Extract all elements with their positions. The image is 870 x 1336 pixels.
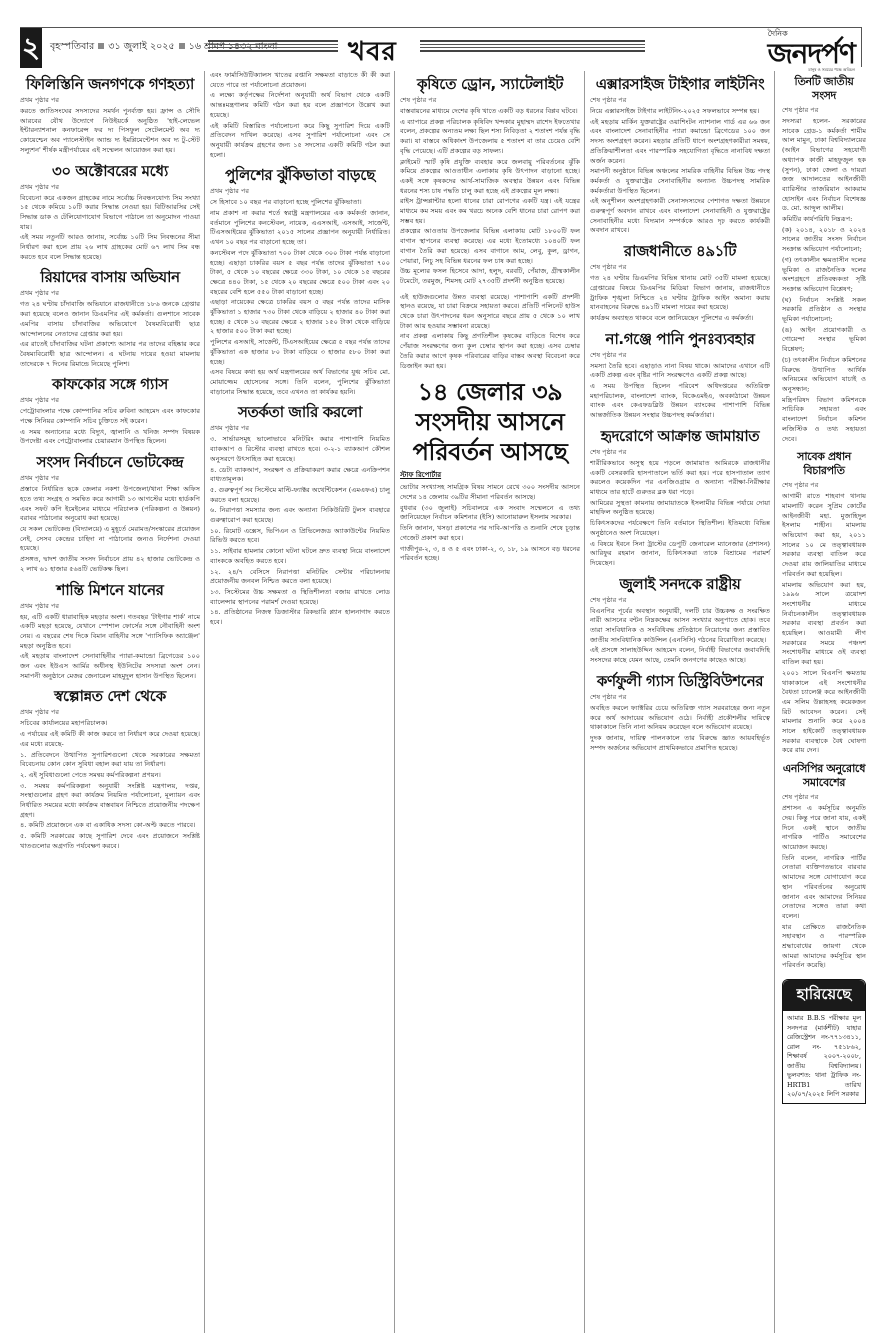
lost-notice-box: হারিয়েছে আমার B.B.S পরীক্ষার মূল সনদপত্… [782,979,866,1104]
headline: পুলিশের ঝুঁকিভাতা বাড়ছে [210,166,390,184]
article-former-cj: সাবেক প্রধান বিচারপতি শেষ পৃষ্ঠার পর আগা… [782,450,866,756]
article-body: প্রশাসন এ কর্মসূচির অনুমতি দেয়। কিন্তু … [782,804,866,971]
continuation-note: শেষ পৃষ্ঠার পর [782,480,866,491]
article-body: বাস্তবায়নের মাধ্যমে দেশের কৃষি খাতে একট… [400,107,580,287]
column-1: ফিলিস্তিনি জনগণকে গণহত্যা প্রথম পৃষ্ঠার … [20,71,205,1333]
article-body: এবং ফার্মাসিউটিক্যালস খাতের রপ্তানি সক্ষ… [210,71,390,160]
article-body: প্রস্তাবে নির্ধারিত ছকে জেলার নকশা উপজেল… [20,485,200,574]
continuation-note: প্রথম পৃষ্ঠার পর [210,186,390,197]
article-ncp-rally: এনসিপির অনুরোধে সমাবেশের শেষ পৃষ্ঠার পর … [782,762,866,971]
continuation-note: প্রথম পৃষ্ঠার পর [20,707,200,718]
separator-square-icon [179,43,185,49]
page-number: ২ [20,28,42,68]
article-kafco: কাফকোর সঙ্গে গ্যাস প্রথম পৃষ্ঠার পর পেট্… [20,375,200,447]
continuation-note: প্রথম পৃষ্ঠার পর [210,423,390,434]
article-developed-country: স্বল্পোন্নত দেশ থেকে প্রথম পৃষ্ঠার পর সচ… [20,687,200,851]
continuation-note: প্রথম পৃষ্ঠার পর [20,95,200,106]
column-2: এবং ফার্মাসিউটিক্যালস খাতের রপ্তানি সক্ষ… [210,71,395,1333]
article-body: করতে জাতিসংঘের সদস্যদের সমর্থন পুনর্ব্যক… [20,107,200,156]
article-body: পেট্রোবাংলার পক্ষে কোম্পানির সচিব রুবিনা… [20,407,200,447]
headline: এনসিপির অনুরোধে সমাবেশের [782,762,866,790]
continuation-note: প্রথম পৃষ্ঠার পর [20,288,200,299]
article-body: এই হাউজগুলোর উন্নত ব্যবস্থা রয়েছে। পাশা… [400,293,580,372]
continuation-note: প্রথম পৃষ্ঠার পর [20,395,200,406]
continuation-note: শেষ পৃষ্ঠার পর [590,95,770,106]
headline: সাবেক প্রধান বিচারপতি [782,450,866,478]
column-4: এক্সারসাইজ টাইগার লাইটনিং শেষ পৃষ্ঠার পর… [590,71,775,1333]
headline: জুলাই সনদকে রাষ্ট্রীয় [590,575,770,593]
continuation-note: শেষ পৃষ্ঠার পর [400,95,580,106]
continuation-note: প্রথম পৃষ্ঠার পর [20,473,200,484]
page-content: ফিলিস্তিনি জনগণকে গণহত্যা প্রথম পৃষ্ঠার … [20,71,866,1331]
article-export-continuation: এবং ফার্মাসিউটিক্যালস খাতের রপ্তানি সক্ষ… [210,71,390,160]
continuation-note: শেষ পৃষ্ঠার পর [590,350,770,361]
article-body: বিএনপির পূর্বের অবস্থান অনুযায়ী, দলটি চ… [590,607,770,666]
continuation-note: শেষ পৃষ্ঠার পর [590,692,770,703]
decorative-rules [208,40,338,50]
headline: ১৪ জেলার ৩৯ সংসদীয় আসনে পরিবর্তন আসছে [400,377,580,467]
article-body: ভোটার সংখ্যাসহ সামগ্রিক বিষয় সামনে রেখে… [400,483,580,564]
continuation-note: শেষ পৃষ্ঠার পর [782,792,866,803]
newspaper-logo: দৈনিক জনদর্পণ মানুষ ও সময়ের পক্ষে অবিচল [768,28,855,74]
headline: শান্তি মিশনে যানের [20,581,200,599]
separator-square-icon [98,43,104,49]
day: বৃহস্পতিবার [50,41,94,52]
article-body: নিয়ে এক্সারসাইজ টাইগার লাইটনিং-২০২৫ সফল… [590,107,770,236]
article-body: সে হিসাবে ১০ বছর পর বাড়ানো হচ্ছে পুলিশে… [210,198,390,397]
article-body: সচিবের কার্যালয়ের মহাপরিচালক। এ পর্যায়… [20,719,200,851]
masthead: ২ বৃহস্পতিবার৩১ জুলাই ২০২৫১৬ শ্রাবণ ১৪৩২… [20,27,862,67]
article-karnaphuli: কর্ণফুলী গ্যাস ডিস্ট্রিবিউশনের শেষ পৃষ্ঠ… [590,672,770,754]
article-body: ৩. সার্ভারসমূহ ভালোভাবে মনিটরিং করার পাশ… [210,435,390,627]
continuation-note: শেষ পৃষ্ঠার পর [590,262,770,273]
article-oct30: ৩০ অক্টোবরের মধ্যে প্রথম পৃষ্ঠার পর বিবে… [20,162,200,263]
article-body: শারীরিকভাবে অসুস্থ হয়ে পড়লে জামায়াত আ… [590,459,770,569]
article-body: বিবেচনা করে একজন গ্রাহকের নামে সর্বোচ্চ … [20,194,200,263]
article-body: হয়, এটি একটি ধারাবাহিক মহড়ার অংশ। গতবছ… [20,613,200,682]
article-police-risk: পুলিশের ঝুঁকিভাতা বাড়ছে প্রথম পৃষ্ঠার প… [210,166,390,397]
article-exercise: এক্সারসাইজ টাইগার লাইটনিং শেষ পৃষ্ঠার পর… [590,75,770,236]
headline: কৃষিতে ড্রোন, স্যাটেলাইট [400,75,580,93]
article-peace-mission: শান্তি মিশনে যানের প্রথম পৃষ্ঠার পর হয়,… [20,581,200,682]
lost-notice-title: হারিয়েছে [783,980,865,1011]
headline: সতর্কতা জারি করলো [210,403,390,421]
headline: রিয়াদের বাসায় অভিযান [20,268,200,286]
headline: তিনটি জাতীয় সংসদ [782,75,866,103]
continuation-note: প্রথম পৃষ্ঠার পর [20,601,200,612]
headline: স্বল্পোন্নত দেশ থেকে [20,687,200,705]
headline: ৩০ অক্টোবরের মধ্যে [20,162,200,180]
section-title: খবর [348,31,397,75]
headline: এক্সারসাইজ টাইগার লাইটনিং [590,75,770,93]
article-jamaat-heart: হৃদরোগে আক্রান্ত জামায়াত শেষ পৃষ্ঠার পর… [590,427,770,569]
headline: না.গঞ্জে পানি পুনঃব্যবহার [590,330,770,348]
continuation-note: শেষ পৃষ্ঠার পর [590,447,770,458]
continuation-note: প্রথম পৃষ্ঠার পর [20,182,200,193]
headline: রাজধানীতে ৪৯১টি [590,242,770,260]
article-body: অবহিত করলে ফ্যাক্টরির চেয়ে অতিরিক্ত গ্য… [590,704,770,754]
newspaper-page: ২ বৃহস্পতিবার৩১ জুলাই ২০২৫১৬ শ্রাবণ ১৪৩২… [20,27,870,1327]
article-body: গত ২৪ ঘণ্টায় চাঁদাবাজি অভিযানে রাজধানীত… [20,300,200,369]
headline: হৃদরোগে আক্রান্ত জামায়াত [590,427,770,445]
article-warning: সতর্কতা জারি করলো প্রথম পৃষ্ঠার পর ৩. সা… [210,403,390,627]
article-body: গত ২৪ ঘণ্টায় ডিএমপির বিভিন্ন থানায় মোট… [590,274,770,324]
article-body: সমস্যা তৈরি হবে। এছাড়াও নানা বিষয় থাকে… [590,362,770,421]
continuation-note: শেষ পৃষ্ঠার পর [590,595,770,606]
lost-notice-body: আমার B.B.S পরীক্ষার মূল সনদপত্র (মার্কশী… [783,1011,865,1103]
byline: স্টাফ রিপোর্টার [400,469,580,481]
decorative-rules [420,40,645,50]
article-seats39: ১৪ জেলার ৩৯ সংসদীয় আসনে পরিবর্তন আসছে স… [400,377,580,564]
article-drone: কৃষিতে ড্রোন, স্যাটেলাইট শেষ পৃষ্ঠার পর … [400,75,580,287]
article-riyad: রিয়াদের বাসায় অভিযান প্রথম পৃষ্ঠার পর … [20,268,200,369]
article-narayanganj-water: না.গঞ্জে পানি পুনঃব্যবহার শেষ পৃষ্ঠার পর… [590,330,770,421]
article-july-charter: জুলাই সনদকে রাষ্ট্রীয় শেষ পৃষ্ঠার পর বি… [590,575,770,666]
logo-name: জনদর্পণ [768,41,855,67]
column-3: কৃষিতে ড্রোন, স্যাটেলাইট শেষ পৃষ্ঠার পর … [400,71,585,1333]
article-election-centre: সংসদ নির্বাচনে ভোটকেন্দ্র প্রথম পৃষ্ঠার … [20,453,200,574]
article-three-parliaments: তিনটি জাতীয় সংসদ শেষ পৃষ্ঠার পর সদস্যরা… [782,75,866,444]
article-body: সদস্যরা হলেন- সরকারের সাবেক গ্রেড-১ কর্ম… [782,117,866,444]
date-english: ৩১ জুলাই ২০২৫ [108,41,174,52]
headline: কাফকোর সঙ্গে গ্যাস [20,375,200,393]
headline: কর্ণফুলী গ্যাস ডিস্ট্রিবিউশনের [590,672,770,690]
headline: ফিলিস্তিনি জনগণকে গণহত্যা [20,75,200,93]
continuation-note: শেষ পৃষ্ঠার পর [782,105,866,116]
article-hubs: এই হাউজগুলোর উন্নত ব্যবস্থা রয়েছে। পাশা… [400,293,580,372]
article-palestine: ফিলিস্তিনি জনগণকে গণহত্যা প্রথম পৃষ্ঠার … [20,75,200,156]
article-capital-491: রাজধানীতে ৪৯১টি শেষ পৃষ্ঠার পর গত ২৪ ঘণ্… [590,242,770,324]
column-5: তিনটি জাতীয় সংসদ শেষ পৃষ্ঠার পর সদস্যরা… [782,71,866,1333]
article-body: আগামী রাতে শাহবাগ থানায় মামলাটি করেন সু… [782,492,866,756]
headline: সংসদ নির্বাচনে ভোটকেন্দ্র [20,453,200,471]
